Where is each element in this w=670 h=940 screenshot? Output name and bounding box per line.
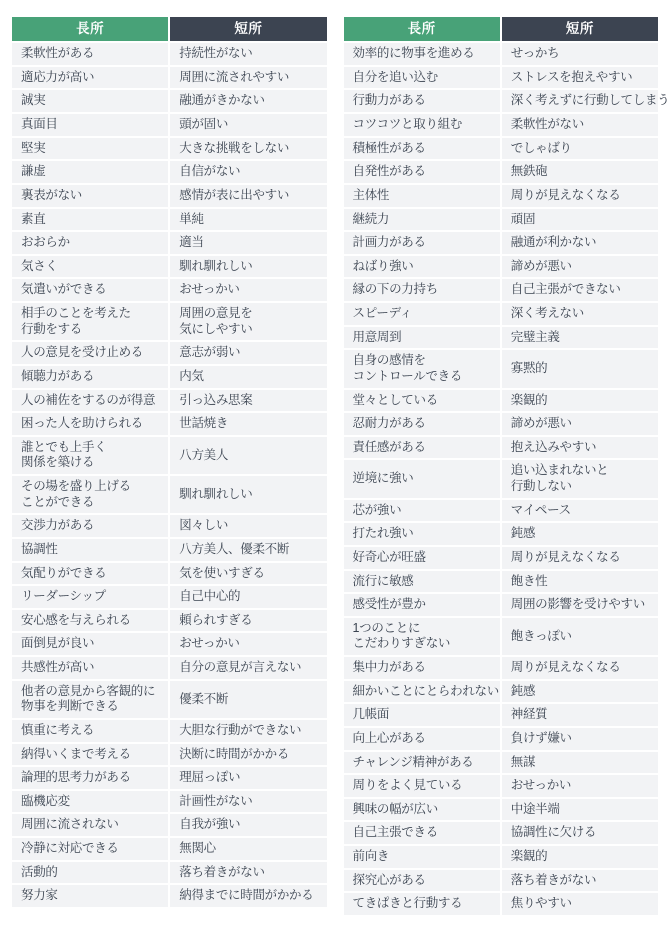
cons-cell: 諦めが悪い bbox=[502, 413, 658, 435]
pros-cell: 芯が強い bbox=[344, 500, 500, 522]
cons-cell: おせっかい bbox=[170, 633, 326, 655]
pros-cell: 計画力がある bbox=[344, 232, 500, 254]
pros-cell: 細かいことにとらわれない bbox=[344, 681, 500, 703]
table-row: 主体性周りが見えなくなる bbox=[344, 185, 659, 207]
cons-cell: 無鉄砲 bbox=[502, 161, 658, 183]
pros-cell: 縁の下の力持ち bbox=[344, 279, 500, 301]
cons-cell: 引っ込み思案 bbox=[170, 390, 326, 412]
pros-cell: 納得いくまで考える bbox=[12, 744, 168, 766]
cons-cell: 追い込まれないと 行動しない bbox=[502, 460, 658, 497]
pros-cell: 用意周到 bbox=[344, 327, 500, 349]
pros-cell: 謙虚 bbox=[12, 161, 168, 183]
table-row: 面倒見が良いおせっかい bbox=[12, 633, 327, 655]
pros-cons-comparison-page: 長所短所柔軟性がある持続性がない適応力が高い周囲に流されやすい誠実融通がきかない… bbox=[0, 0, 670, 940]
table-row: 芯が強いマイペース bbox=[344, 500, 659, 522]
cons-cell: でしゃばり bbox=[502, 138, 658, 160]
table-row: 慎重に考える大胆な行動ができない bbox=[12, 720, 327, 742]
table-row: 自分を追い込むストレスを抱えやすい bbox=[344, 67, 659, 89]
table-row: 継続力頑固 bbox=[344, 209, 659, 231]
pros-cell: 人の意見を受け止める bbox=[12, 342, 168, 364]
cons-cell: 飽き性 bbox=[502, 571, 658, 593]
pros-cons-table-left: 長所短所柔軟性がある持続性がない適応力が高い周囲に流されやすい誠実融通がきかない… bbox=[12, 17, 327, 909]
pros-cell: 人の補佐をするのが得意 bbox=[12, 390, 168, 412]
table-row: 困った人を助けられる世話焼き bbox=[12, 413, 327, 435]
table-row: 冷静に対応できる無関心 bbox=[12, 838, 327, 860]
pros-cell: 相手のことを考えた 行動をする bbox=[12, 303, 168, 340]
pros-cell: 主体性 bbox=[344, 185, 500, 207]
table-row: 活動的落ち着きがない bbox=[12, 862, 327, 884]
pros-cell: 活動的 bbox=[12, 862, 168, 884]
cons-cell: 神経質 bbox=[502, 704, 658, 726]
cons-cell: 頑固 bbox=[502, 209, 658, 231]
cons-cell: 自己中心的 bbox=[170, 586, 326, 608]
cons-cell: 内気 bbox=[170, 366, 326, 388]
cons-cell: 周囲の影響を受けやすい bbox=[502, 594, 658, 616]
cons-header: 短所 bbox=[170, 17, 326, 41]
pros-cell: スピーディ bbox=[344, 303, 500, 325]
cons-cell: 八方美人、優柔不断 bbox=[170, 539, 326, 561]
pros-cell: 誠実 bbox=[12, 90, 168, 112]
table-row: 気遣いができるおせっかい bbox=[12, 279, 327, 301]
cons-cell: 自分の意見が言えない bbox=[170, 657, 326, 679]
cons-cell: 融通がきかない bbox=[170, 90, 326, 112]
cons-cell: 気を使いすぎる bbox=[170, 563, 326, 585]
pros-cell: 面倒見が良い bbox=[12, 633, 168, 655]
table-row: 向上心がある負けず嫌い bbox=[344, 728, 659, 750]
pros-cell: おおらか bbox=[12, 232, 168, 254]
table-row: 周囲に流されない自我が強い bbox=[12, 814, 327, 836]
pros-cell: 素直 bbox=[12, 209, 168, 231]
pros-header: 長所 bbox=[344, 17, 500, 41]
pros-cell: 冷静に対応できる bbox=[12, 838, 168, 860]
pros-cell: 論理的思考力がある bbox=[12, 767, 168, 789]
pros-cell: 適応力が高い bbox=[12, 67, 168, 89]
table-row: 流行に敏感飽き性 bbox=[344, 571, 659, 593]
cons-cell: 深く考えずに行動してしまう bbox=[502, 90, 658, 112]
pros-cell: 行動力がある bbox=[344, 90, 500, 112]
cons-cell: 計画性がない bbox=[170, 791, 326, 813]
cons-cell: 楽観的 bbox=[502, 390, 658, 412]
cons-cell: 理屈っぽい bbox=[170, 767, 326, 789]
table-row: 細かいことにとらわれない鈍感 bbox=[344, 681, 659, 703]
pros-cell: 忍耐力がある bbox=[344, 413, 500, 435]
pros-cell: 臨機応変 bbox=[12, 791, 168, 813]
pros-cell: 交渉力がある bbox=[12, 515, 168, 537]
cons-cell: 周囲に流されやすい bbox=[170, 67, 326, 89]
table-row: 興味の幅が広い中途半端 bbox=[344, 799, 659, 821]
cons-header: 短所 bbox=[502, 17, 658, 41]
table-row: 謙虚自信がない bbox=[12, 161, 327, 183]
table-row: おおらか適当 bbox=[12, 232, 327, 254]
table-row: 効率的に物事を進めるせっかち bbox=[344, 43, 659, 65]
table-row: 計画力がある融通が利かない bbox=[344, 232, 659, 254]
table-row: 行動力がある深く考えずに行動してしまう bbox=[344, 90, 659, 112]
pros-cell: 探究心がある bbox=[344, 870, 500, 892]
cons-cell: 決断に時間がかかる bbox=[170, 744, 326, 766]
cons-cell: 鈍感 bbox=[502, 523, 658, 545]
pros-cell: 他者の意見から客観的に 物事を判断できる bbox=[12, 681, 168, 718]
table-row: 人の補佐をするのが得意引っ込み思案 bbox=[12, 390, 327, 412]
table-row: 交渉力がある図々しい bbox=[12, 515, 327, 537]
table-row: 真面目頭が固い bbox=[12, 114, 327, 136]
table-row: 自己主張できる協調性に欠ける bbox=[344, 822, 659, 844]
pros-cell: 自己主張できる bbox=[344, 822, 500, 844]
cons-cell: 周りが見えなくなる bbox=[502, 657, 658, 679]
table-row: 誰とでも上手く 関係を築ける八方美人 bbox=[12, 437, 327, 474]
table-row: ねばり強い諦めが悪い bbox=[344, 256, 659, 278]
table-row: 積極性があるでしゃばり bbox=[344, 138, 659, 160]
cons-cell: 融通が利かない bbox=[502, 232, 658, 254]
pros-cell: 共感性が高い bbox=[12, 657, 168, 679]
table-row: 縁の下の力持ち自己主張ができない bbox=[344, 279, 659, 301]
cons-cell: 自我が強い bbox=[170, 814, 326, 836]
cons-cell: おせっかい bbox=[170, 279, 326, 301]
pros-cell: 裏表がない bbox=[12, 185, 168, 207]
table-header-row: 長所短所 bbox=[12, 17, 327, 41]
pros-cell: 集中力がある bbox=[344, 657, 500, 679]
cons-cell: おせっかい bbox=[502, 775, 658, 797]
pros-cell: 好奇心が旺盛 bbox=[344, 547, 500, 569]
cons-cell: 周りが見えなくなる bbox=[502, 547, 658, 569]
cons-cell: 持続性がない bbox=[170, 43, 326, 65]
cons-cell: 飽きっぽい bbox=[502, 618, 658, 655]
table-row: チャレンジ精神がある無謀 bbox=[344, 752, 659, 774]
pros-cell: リーダーシップ bbox=[12, 586, 168, 608]
cons-cell: 諦めが悪い bbox=[502, 256, 658, 278]
pros-cons-table-right: 長所短所効率的に物事を進めるせっかち自分を追い込むストレスを抱えやすい行動力があ… bbox=[344, 17, 659, 917]
table-row: 裏表がない感情が表に出やすい bbox=[12, 185, 327, 207]
pros-cell: コツコツと取り組む bbox=[344, 114, 500, 136]
pros-cell: 慎重に考える bbox=[12, 720, 168, 742]
table-row: 打たれ強い鈍感 bbox=[344, 523, 659, 545]
pros-cell: 周りをよく見ている bbox=[344, 775, 500, 797]
table-row: 堂々としている楽観的 bbox=[344, 390, 659, 412]
cons-cell: 負けず嫌い bbox=[502, 728, 658, 750]
table-row: 1つのことに こだわりすぎない飽きっぽい bbox=[344, 618, 659, 655]
cons-cell: 落ち着きがない bbox=[502, 870, 658, 892]
cons-cell: 頼られすぎる bbox=[170, 610, 326, 632]
pros-cell: 向上心がある bbox=[344, 728, 500, 750]
table-row: 適応力が高い周囲に流されやすい bbox=[12, 67, 327, 89]
cons-cell: 無謀 bbox=[502, 752, 658, 774]
cons-cell: 協調性に欠ける bbox=[502, 822, 658, 844]
table-row: 安心感を与えられる頼られすぎる bbox=[12, 610, 327, 632]
pros-cell: 気遣いができる bbox=[12, 279, 168, 301]
cons-cell: 適当 bbox=[170, 232, 326, 254]
cons-cell: 馴れ馴れしい bbox=[170, 476, 326, 513]
pros-cell: 協調性 bbox=[12, 539, 168, 561]
table-row: 気さく馴れ馴れしい bbox=[12, 256, 327, 278]
pros-cell: 責任感がある bbox=[344, 437, 500, 459]
pros-cell: 柔軟性がある bbox=[12, 43, 168, 65]
cons-cell: 納得までに時間がかかる bbox=[170, 885, 326, 907]
cons-cell: 単純 bbox=[170, 209, 326, 231]
table-header-row: 長所短所 bbox=[344, 17, 659, 41]
cons-cell: 図々しい bbox=[170, 515, 326, 537]
cons-cell: 中途半端 bbox=[502, 799, 658, 821]
table-row: てきぱきと行動する焦りやすい bbox=[344, 893, 659, 915]
pros-cell: ねばり強い bbox=[344, 256, 500, 278]
table-row: 誠実融通がきかない bbox=[12, 90, 327, 112]
pros-cell: 自発性がある bbox=[344, 161, 500, 183]
table-row: 周りをよく見ているおせっかい bbox=[344, 775, 659, 797]
cons-cell: 大胆な行動ができない bbox=[170, 720, 326, 742]
pros-cell: 自分を追い込む bbox=[344, 67, 500, 89]
table-row: 他者の意見から客観的に 物事を判断できる優柔不断 bbox=[12, 681, 327, 718]
table-row: 感受性が豊か周囲の影響を受けやすい bbox=[344, 594, 659, 616]
pros-cell: 積極性がある bbox=[344, 138, 500, 160]
pros-cell: てきぱきと行動する bbox=[344, 893, 500, 915]
cons-cell: 大きな挑戦をしない bbox=[170, 138, 326, 160]
pros-cell: 気さく bbox=[12, 256, 168, 278]
cons-cell: 世話焼き bbox=[170, 413, 326, 435]
pros-cell: 前向き bbox=[344, 846, 500, 868]
pros-cell: 流行に敏感 bbox=[344, 571, 500, 593]
table-row: 集中力がある周りが見えなくなる bbox=[344, 657, 659, 679]
pros-cell: 誰とでも上手く 関係を築ける bbox=[12, 437, 168, 474]
table-row: 素直単純 bbox=[12, 209, 327, 231]
pros-cell: 自身の感情を コントロールできる bbox=[344, 350, 500, 387]
table-row: 共感性が高い自分の意見が言えない bbox=[12, 657, 327, 679]
pros-cell: 逆境に強い bbox=[344, 460, 500, 497]
pros-cell: 打たれ強い bbox=[344, 523, 500, 545]
pros-cell: 几帳面 bbox=[344, 704, 500, 726]
table-row: 探究心がある落ち着きがない bbox=[344, 870, 659, 892]
table-row: 協調性八方美人、優柔不断 bbox=[12, 539, 327, 561]
pros-cell: 1つのことに こだわりすぎない bbox=[344, 618, 500, 655]
pros-cell: 困った人を助けられる bbox=[12, 413, 168, 435]
cons-cell: 感情が表に出やすい bbox=[170, 185, 326, 207]
cons-cell: 周囲の意見を 気にしやすい bbox=[170, 303, 326, 340]
cons-cell: 深く考えない bbox=[502, 303, 658, 325]
table-row: 柔軟性がある持続性がない bbox=[12, 43, 327, 65]
table-row: コツコツと取り組む柔軟性がない bbox=[344, 114, 659, 136]
pros-cell: 周囲に流されない bbox=[12, 814, 168, 836]
pros-header: 長所 bbox=[12, 17, 168, 41]
pros-cell: 傾聴力がある bbox=[12, 366, 168, 388]
table-row: その場を盛り上げる ことができる馴れ馴れしい bbox=[12, 476, 327, 513]
pros-cell: 真面目 bbox=[12, 114, 168, 136]
cons-cell: 無関心 bbox=[170, 838, 326, 860]
cons-cell: 自己主張ができない bbox=[502, 279, 658, 301]
table-row: 堅実大きな挑戦をしない bbox=[12, 138, 327, 160]
pros-cell: 努力家 bbox=[12, 885, 168, 907]
table-row: 几帳面神経質 bbox=[344, 704, 659, 726]
table-row: 好奇心が旺盛周りが見えなくなる bbox=[344, 547, 659, 569]
table-row: 自発性がある無鉄砲 bbox=[344, 161, 659, 183]
pros-cell: 堅実 bbox=[12, 138, 168, 160]
cons-cell: 頭が固い bbox=[170, 114, 326, 136]
cons-cell: 柔軟性がない bbox=[502, 114, 658, 136]
cons-cell: 完璧主義 bbox=[502, 327, 658, 349]
pros-cell: チャレンジ精神がある bbox=[344, 752, 500, 774]
cons-cell: 意志が弱い bbox=[170, 342, 326, 364]
cons-cell: 八方美人 bbox=[170, 437, 326, 474]
table-row: 責任感がある抱え込みやすい bbox=[344, 437, 659, 459]
cons-cell: マイペース bbox=[502, 500, 658, 522]
pros-cell: 堂々としている bbox=[344, 390, 500, 412]
cons-cell: ストレスを抱えやすい bbox=[502, 67, 658, 89]
table-row: 用意周到完璧主義 bbox=[344, 327, 659, 349]
table-row: スピーディ深く考えない bbox=[344, 303, 659, 325]
cons-cell: 抱え込みやすい bbox=[502, 437, 658, 459]
pros-cell: 継続力 bbox=[344, 209, 500, 231]
cons-cell: せっかち bbox=[502, 43, 658, 65]
table-row: 気配りができる気を使いすぎる bbox=[12, 563, 327, 585]
cons-cell: 楽観的 bbox=[502, 846, 658, 868]
table-row: 逆境に強い追い込まれないと 行動しない bbox=[344, 460, 659, 497]
cons-cell: 寡黙的 bbox=[502, 350, 658, 387]
table-row: 前向き楽観的 bbox=[344, 846, 659, 868]
table-row: 忍耐力がある諦めが悪い bbox=[344, 413, 659, 435]
cons-cell: 焦りやすい bbox=[502, 893, 658, 915]
cons-cell: 馴れ馴れしい bbox=[170, 256, 326, 278]
table-row: 傾聴力がある内気 bbox=[12, 366, 327, 388]
table-row: 人の意見を受け止める意志が弱い bbox=[12, 342, 327, 364]
table-row: リーダーシップ自己中心的 bbox=[12, 586, 327, 608]
cons-cell: 周りが見えなくなる bbox=[502, 185, 658, 207]
pros-cell: 感受性が豊か bbox=[344, 594, 500, 616]
pros-cell: 安心感を与えられる bbox=[12, 610, 168, 632]
table-row: 相手のことを考えた 行動をする周囲の意見を 気にしやすい bbox=[12, 303, 327, 340]
table-row: 自身の感情を コントロールできる寡黙的 bbox=[344, 350, 659, 387]
cons-cell: 優柔不断 bbox=[170, 681, 326, 718]
pros-cell: 興味の幅が広い bbox=[344, 799, 500, 821]
pros-cell: その場を盛り上げる ことができる bbox=[12, 476, 168, 513]
table-row: 論理的思考力がある理屈っぽい bbox=[12, 767, 327, 789]
pros-cell: 気配りができる bbox=[12, 563, 168, 585]
table-row: 臨機応変計画性がない bbox=[12, 791, 327, 813]
table-row: 納得いくまで考える決断に時間がかかる bbox=[12, 744, 327, 766]
cons-cell: 落ち着きがない bbox=[170, 862, 326, 884]
cons-cell: 鈍感 bbox=[502, 681, 658, 703]
pros-cell: 効率的に物事を進める bbox=[344, 43, 500, 65]
table-row: 努力家納得までに時間がかかる bbox=[12, 885, 327, 907]
cons-cell: 自信がない bbox=[170, 161, 326, 183]
